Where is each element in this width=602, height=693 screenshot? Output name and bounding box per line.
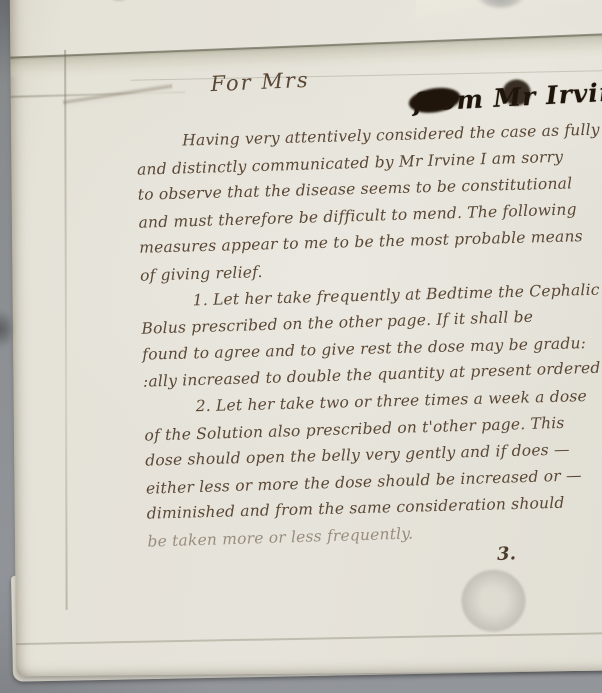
ink-blot bbox=[502, 79, 530, 105]
round-stain bbox=[461, 569, 526, 632]
scanned-letter-photo: For Mrs from Mr Irvine Having very atten… bbox=[0, 0, 602, 693]
vertical-crease bbox=[64, 50, 67, 610]
letter-paper: For Mrs from Mr Irvine Having very atten… bbox=[10, 0, 602, 676]
letter-body: Having very attentively considered the c… bbox=[136, 116, 602, 554]
bottom-crease bbox=[11, 632, 602, 645]
page-number: 3. bbox=[497, 543, 517, 565]
paper-tear bbox=[62, 78, 173, 111]
ink-smudge bbox=[105, 0, 131, 1]
letter-heading: For Mrs bbox=[210, 68, 310, 96]
